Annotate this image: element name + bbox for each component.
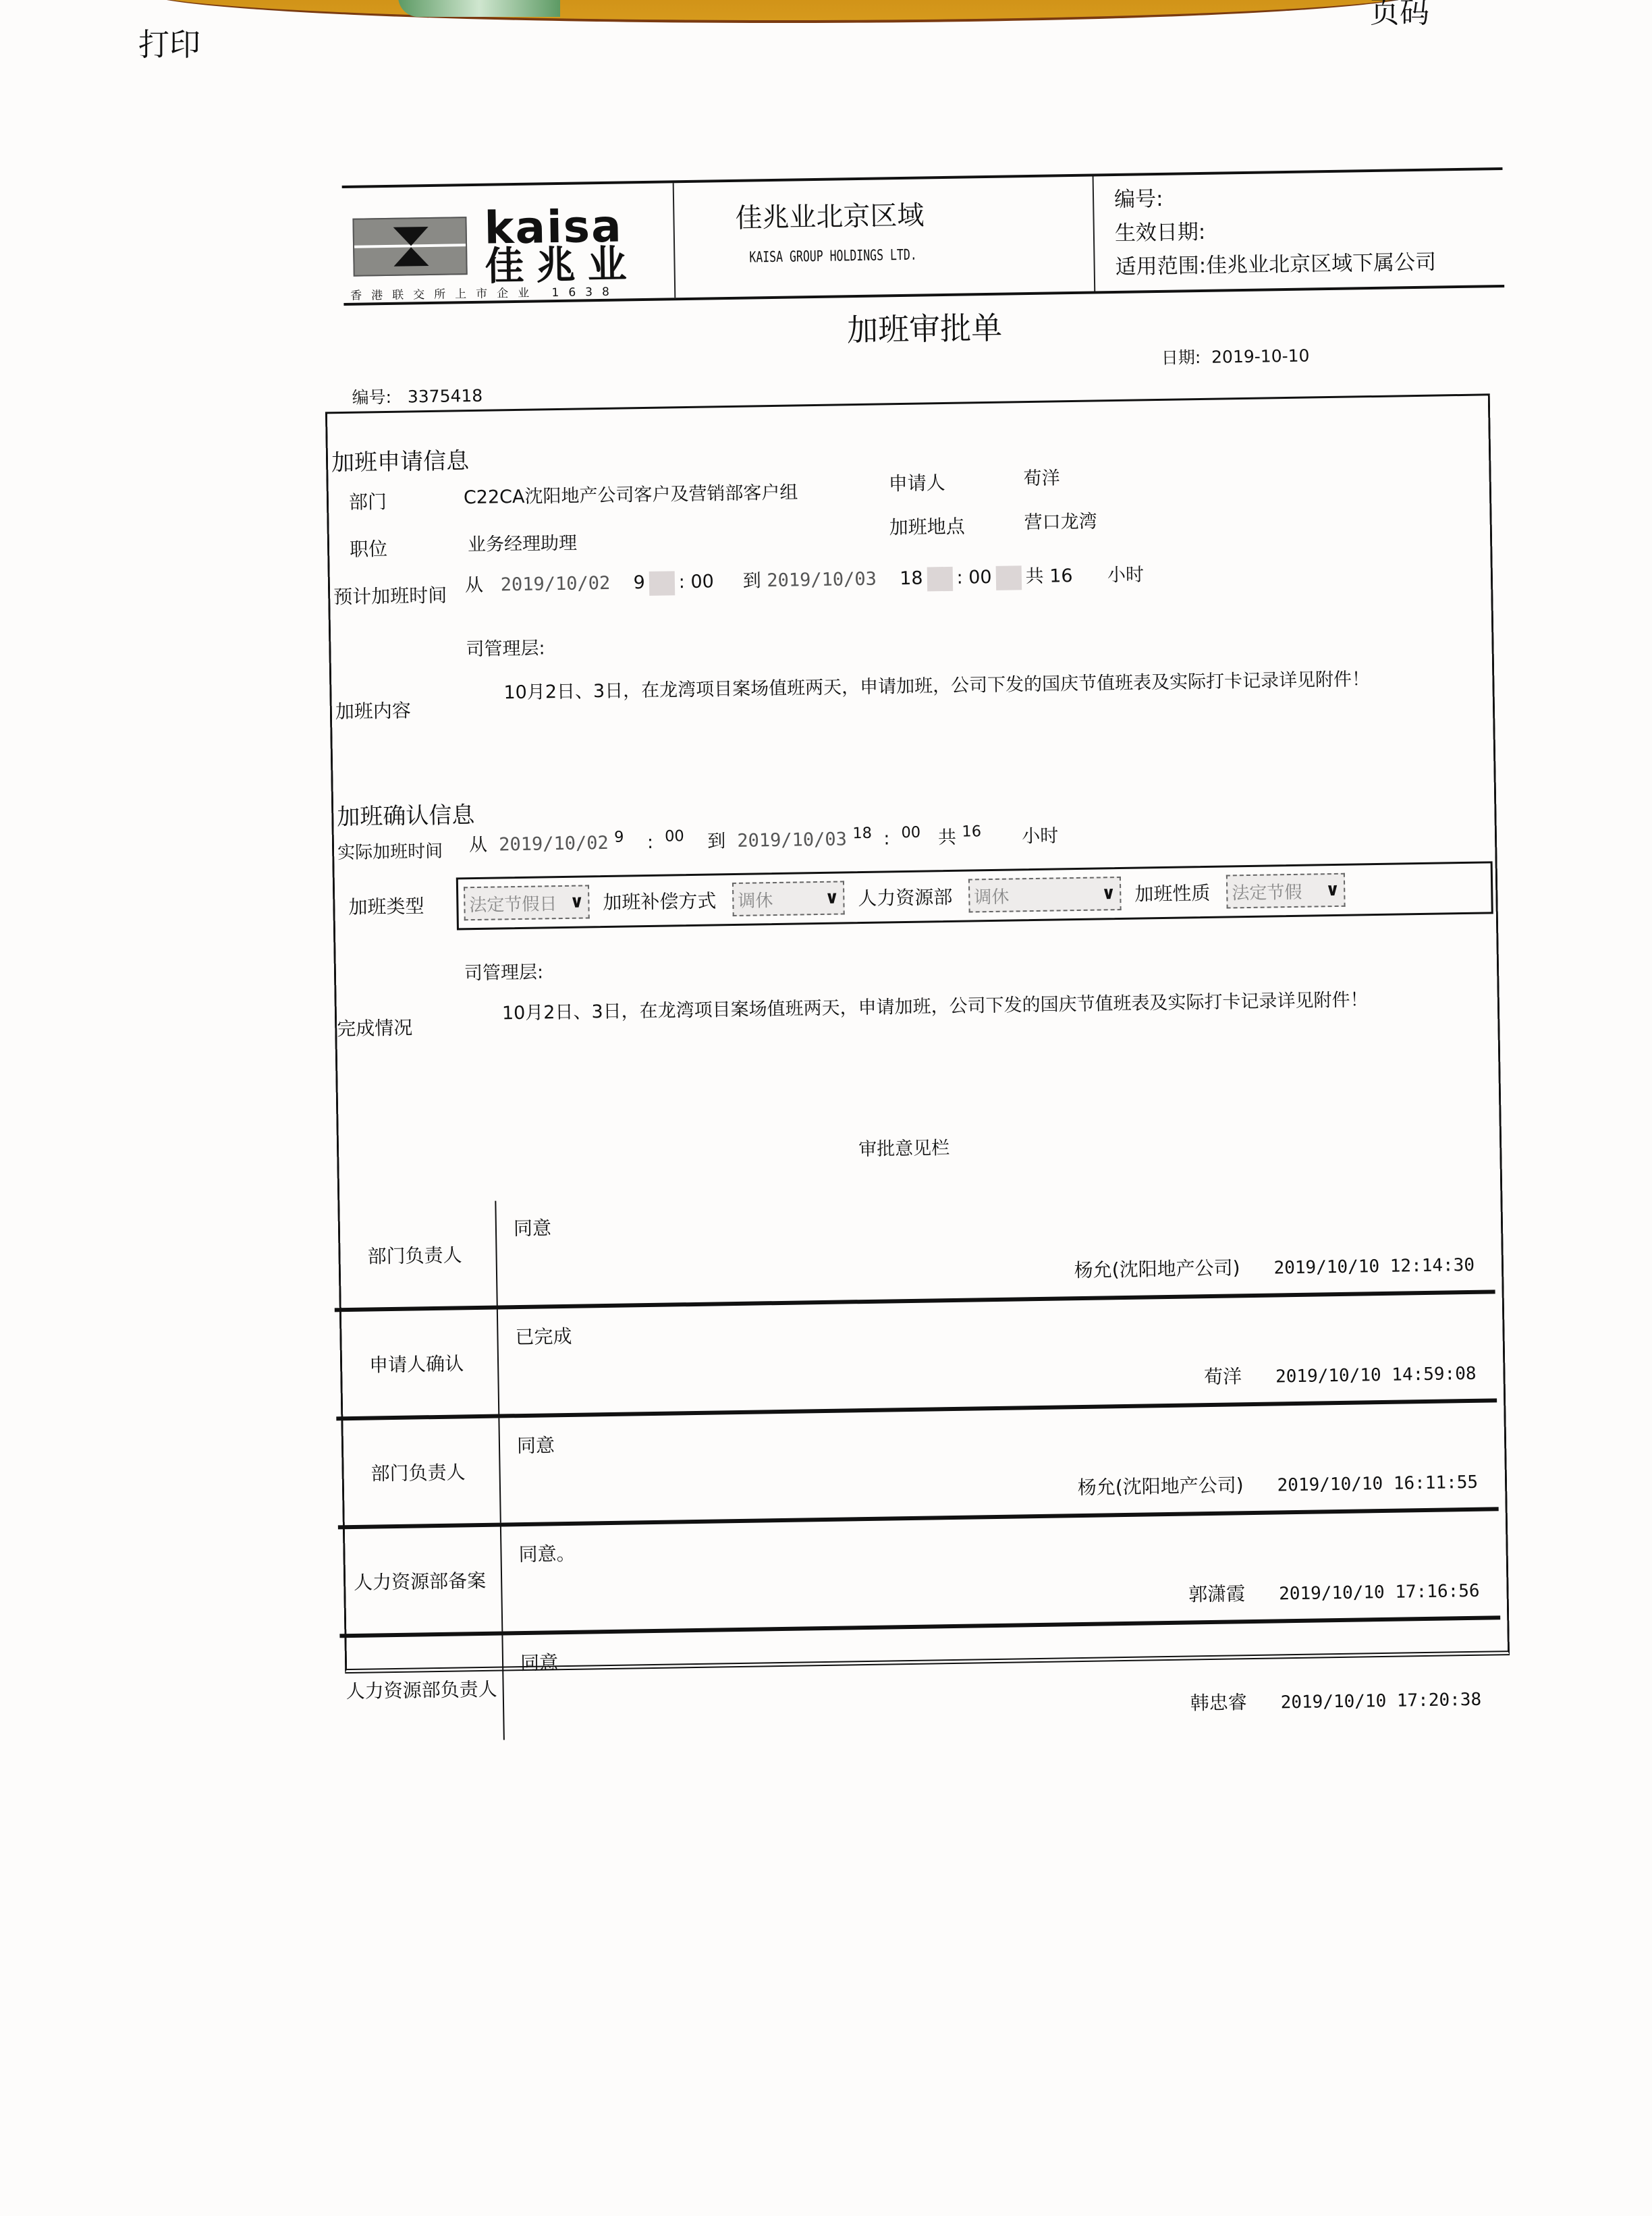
to-label: 到 <box>707 831 725 852</box>
approval-timestamp: 2019/10/10 17:16:56 <box>1279 1581 1480 1605</box>
approval-signature: 杨允(沈阳地产公司)2019/10/10 12:14:30 <box>1074 1250 1475 1283</box>
company-cn: 佳兆业北京区域 <box>735 194 925 235</box>
planned-from-min[interactable]: 00 <box>690 571 714 592</box>
content-text: 10月2日、3日，在龙湾项目案场值班两天，申请加班，公司下发的国庆节值班表及实际… <box>503 664 1370 704</box>
compensation-select[interactable]: 调休∨ <box>732 881 845 916</box>
applicant-value: 荀洋 <box>1023 463 1060 490</box>
actual-time-row: 从 2019/10/02 9 : 00 到 2019/10/03 18 : 00… <box>469 821 1059 856</box>
form-date-value: 2019-10-10 <box>1211 345 1310 366</box>
approval-timestamp: 2019/10/10 17:20:38 <box>1280 1690 1481 1713</box>
approval-row: 申请人确认 已完成 荀洋2019/10/10 14:59:08 <box>335 1294 1497 1420</box>
form-number: 编号: 3375418 <box>352 383 483 409</box>
planned-from-date[interactable]: 2019/10/02 <box>500 573 610 596</box>
actual-from-hour: 9 <box>614 829 624 846</box>
location-value: 营口龙湾 <box>1024 506 1097 534</box>
location-label: 加班地点 <box>889 512 965 541</box>
actual-time-label: 实际加班时间 <box>337 837 443 864</box>
hr-value: 调休 <box>974 883 1010 908</box>
approval-sheet: kaisa 佳兆业 香港联交所上市企业 1638 佳兆业北京区域 KAISA G… <box>341 96 1526 1680</box>
from-label: 从 <box>469 835 487 856</box>
company-en: KAISA GROUP HOLDINGS LTD. <box>749 247 917 267</box>
application-section-title: 加班申请信息 <box>331 442 470 477</box>
form-date: 日期: 2019-10-10 <box>1161 342 1310 368</box>
to-label: 到 <box>742 570 761 591</box>
planned-time-label: 预计加班时间 <box>333 581 447 610</box>
meta-number-label: 编号: <box>1114 187 1163 212</box>
planned-total-hours: 16 <box>1049 565 1073 587</box>
actual-total-hours: 16 <box>962 823 981 840</box>
hourglass-logo-icon <box>352 217 467 277</box>
actual-from-date: 2019/10/02 <box>499 833 609 856</box>
content-label: 加班内容 <box>335 696 412 724</box>
planned-to-date[interactable]: 2019/10/03 <box>767 569 877 592</box>
chevron-down-icon: ∨ <box>570 891 584 912</box>
department-value: C22CA沈阳地产公司客户及营销部客户组 <box>464 477 798 509</box>
approval-row: 部门负责人 同意 杨允(沈阳地产公司)2019/10/10 16:11:55 <box>336 1402 1498 1529</box>
actual-to-date: 2019/10/03 <box>737 829 847 852</box>
approval-comment: 已完成 <box>515 1322 572 1350</box>
hr-label: 人力资源部 <box>858 883 953 911</box>
form-date-label: 日期: <box>1161 348 1201 368</box>
actual-from-min: 00 <box>665 827 684 845</box>
hours-unit: 小时 <box>1022 825 1058 847</box>
overtime-type-select[interactable]: 法定节假日∨ <box>464 885 590 920</box>
position-value: 业务经理助理 <box>468 528 578 557</box>
approval-signer: 荀洋 <box>1204 1365 1242 1388</box>
redacted-mark <box>649 571 676 596</box>
total-label: 共 <box>938 827 956 848</box>
planned-to-min[interactable]: 00 <box>968 567 992 588</box>
orange-object-top <box>142 0 1424 23</box>
approval-role: 部门负责人 <box>336 1418 501 1526</box>
chevron-down-icon: ∨ <box>825 888 839 908</box>
planned-to-hour[interactable]: 18 <box>900 568 923 590</box>
nature-value: 法定节假 <box>1232 878 1302 904</box>
approval-signer: 杨允(沈阳地产公司) <box>1074 1256 1240 1281</box>
completion-label: 完成情况 <box>337 1014 413 1042</box>
nature-select[interactable]: 法定节假∨ <box>1226 873 1346 909</box>
chevron-down-icon: ∨ <box>1325 880 1340 900</box>
approval-row: 人力资源部负责人 同意 韩忠睿2019/10/10 17:20:38 <box>339 1619 1502 1742</box>
approval-role: 部门负责人 <box>333 1201 497 1308</box>
department-label: 部门 <box>349 487 387 515</box>
compensation-value: 调休 <box>738 887 773 912</box>
content-addressee: 司管理层: <box>466 633 545 661</box>
logo-subtitle: 香港联交所上市企业 1638 <box>350 282 619 303</box>
actual-to-hour: 18 <box>852 825 872 842</box>
planned-from-hour[interactable]: 9 <box>633 572 645 593</box>
compensation-label: 加班补偿方式 <box>603 886 717 915</box>
confirmation-section-title: 加班确认信息 <box>337 796 475 831</box>
type-label: 加班类型 <box>348 891 424 920</box>
approval-role: 人力资源部负责人 <box>339 1636 504 1743</box>
actual-to-min: 00 <box>901 824 920 841</box>
approval-role: 申请人确认 <box>335 1310 499 1417</box>
approval-signature: 韩忠睿2019/10/10 17:20:38 <box>1190 1684 1481 1716</box>
position-label: 职位 <box>350 534 388 562</box>
approval-timestamp: 2019/10/10 14:59:08 <box>1275 1364 1477 1387</box>
approval-signer: 韩忠睿 <box>1190 1691 1247 1714</box>
doc-meta: 编号: 生效日期: 适用范围:佳兆业北京区域下属公司 <box>1094 170 1505 291</box>
company-block: 佳兆业北京区域 KAISA GROUP HOLDINGS LTD. <box>674 176 1096 298</box>
chevron-down-icon: ∨ <box>1101 883 1116 904</box>
approvals-table: 部门负责人 同意 杨允(沈阳地产公司)2019/10/10 12:14:30 申… <box>333 1185 1502 1742</box>
form-title: 加班审批单 <box>344 296 1506 358</box>
approval-comment: 同意 <box>520 1648 559 1675</box>
approval-row: 人力资源部备案 同意。 郭潇霞2019/10/10 17:16:56 <box>338 1511 1500 1638</box>
approval-comment: 同意 <box>517 1431 555 1458</box>
form-number-label: 编号: <box>352 387 391 408</box>
logo-cn: 佳兆业 <box>485 244 639 286</box>
form-frame: 加班申请信息 部门 C22CA沈阳地产公司客户及营销部客户组 申请人 荀洋 职位… <box>325 393 1510 1673</box>
redacted-mark <box>927 566 953 591</box>
approval-row: 部门负责人 同意 杨允(沈阳地产公司)2019/10/10 12:14:30 <box>333 1185 1495 1312</box>
applicant-label: 申请人 <box>888 468 945 496</box>
green-stripe <box>398 0 560 17</box>
approval-signature: 郭潇霞2019/10/10 17:16:56 <box>1188 1576 1480 1607</box>
completion-text: 10月2日、3日，在龙湾项目案场值班两天，申请加班，公司下发的国庆节值班表及实际… <box>502 985 1369 1024</box>
from-label: 从 <box>465 575 483 596</box>
approval-signer: 杨允(沈阳地产公司) <box>1078 1474 1244 1499</box>
kaisa-logo: kaisa 佳兆业 香港联交所上市企业 1638 <box>342 183 676 303</box>
meta-scope-value: 佳兆业北京区域下属公司 <box>1206 250 1437 278</box>
approvals-section-title: 审批意见栏 <box>858 1133 950 1161</box>
meta-scope-label: 适用范围: <box>1115 254 1206 279</box>
redacted-mark <box>995 565 1022 590</box>
total-label: 共 <box>1025 566 1043 587</box>
approval-timestamp: 2019/10/10 12:14:30 <box>1273 1255 1475 1279</box>
overtime-type-value: 法定节假日 <box>469 890 557 916</box>
overtime-options-row: 法定节假日∨ 加班补偿方式 调休∨ 人力资源部 调休∨ 加班性质 法定节假∨ <box>456 861 1493 930</box>
document-header: kaisa 佳兆业 香港联交所上市企业 1638 佳兆业北京区域 KAISA G… <box>342 167 1505 306</box>
approval-signature: 杨允(沈阳地产公司)2019/10/10 16:11:55 <box>1077 1467 1478 1500</box>
approval-role: 人力资源部备案 <box>338 1527 503 1634</box>
approval-comment: 同意 <box>514 1213 552 1241</box>
nature-label: 加班性质 <box>1134 879 1211 907</box>
hr-select[interactable]: 调休∨ <box>968 877 1122 913</box>
completion-addressee: 司管理层: <box>464 957 544 985</box>
approval-signature: 荀洋2019/10/10 14:59:08 <box>1204 1358 1477 1389</box>
approval-comment: 同意。 <box>518 1539 576 1567</box>
approval-timestamp: 2019/10/10 16:11:55 <box>1277 1472 1478 1496</box>
page-label-partial: 页码 <box>1370 0 1429 31</box>
planned-time-row: 从 2019/10/02 9: 00 到 2019/10/03 18: 00共 … <box>465 559 1145 598</box>
print-label: 打印 <box>138 20 200 65</box>
meta-effective-label: 生效日期: <box>1115 220 1206 246</box>
form-number-value: 3375418 <box>408 386 483 407</box>
hours-unit: 小时 <box>1107 564 1144 586</box>
approval-signer: 郭潇霞 <box>1188 1582 1246 1605</box>
